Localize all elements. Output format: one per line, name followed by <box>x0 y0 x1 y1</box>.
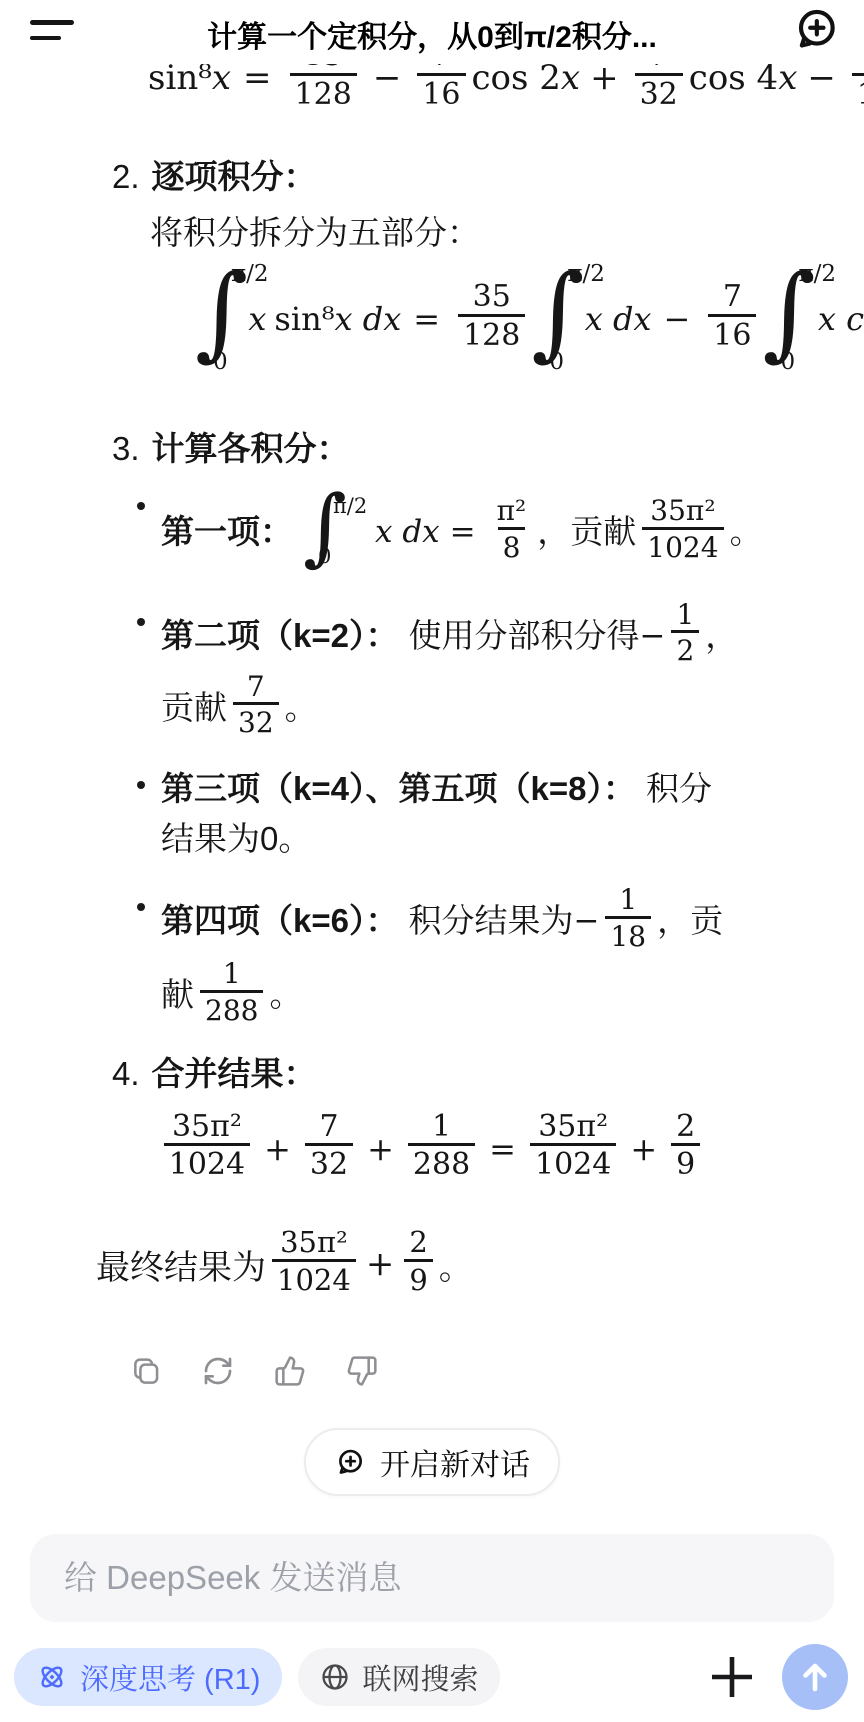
integral-sign: ∫π/20 <box>531 265 576 373</box>
bullet-dot <box>137 618 145 626</box>
bullet-dot <box>137 502 145 510</box>
bullet-list: 第一项： ∫π/20 x dx = π²8 ， 贡献 35π²1024 。 第二… <box>0 486 864 1029</box>
composer: 开启新对话 深度思考 (R1) 联网搜索 <box>0 1428 864 1710</box>
bullet-third-fifth-term: 第三项（k=4）、第五项（k=8）： 积分 结果为0。 <box>135 765 864 863</box>
fraction: 35π²1024 <box>164 1110 250 1182</box>
globe-icon <box>320 1662 350 1692</box>
bullet-second-term: 第二项（k=2）： 使用分部积分得 − 12 ， 贡献 732 。 <box>135 602 864 741</box>
assistant-message: sin⁸ x = 35128 − 716 cos 2 x + 732 cos 4… <box>0 64 864 1387</box>
fraction: 1288 <box>200 958 263 1026</box>
fraction: 732 <box>233 671 279 739</box>
copy-icon[interactable] <box>130 1355 162 1387</box>
deepthink-toggle[interactable]: 深度思考 (R1) <box>14 1648 282 1706</box>
fraction: 35128 <box>290 64 357 111</box>
integral-sign: ∫π/20 <box>762 265 807 373</box>
top-bar: 计算一个定积分，从0到π/2积分... <box>0 0 864 58</box>
fraction: 35128 <box>458 280 525 352</box>
fraction: 732 <box>635 64 683 111</box>
deepthink-label: 深度思考 (R1) <box>80 1657 260 1698</box>
list-item-3-heading: 3. 计算各积分： <box>0 426 864 472</box>
thumbs-up-icon[interactable] <box>274 1355 306 1387</box>
fraction: 29 <box>671 1110 700 1182</box>
bullet-dot <box>137 781 145 789</box>
arrow-up-icon <box>796 1658 834 1696</box>
fraction: 12 <box>671 599 699 667</box>
formula-sin8-expansion: sin⁸ x = 35128 − 716 cos 2 x + 732 cos 4… <box>0 64 864 124</box>
attach-plus-icon[interactable] <box>706 1651 758 1703</box>
list-item-4-heading: 4. 合并结果： <box>0 1051 864 1097</box>
formula-integral-split: ∫π/20 x sin⁸ x dx = 35128 ∫π/20 x dx − 7… <box>0 260 864 378</box>
bullet-fourth-term: 第四项（k=6）： 积分结果为 − 118 ， 贡 献 1288 。 <box>135 887 864 1028</box>
web-search-label: 联网搜索 <box>362 1657 478 1698</box>
message-input-box[interactable] <box>30 1534 834 1622</box>
fraction: π²8 <box>492 495 532 563</box>
send-button[interactable] <box>782 1644 848 1710</box>
fraction: 35π²1024 <box>272 1226 356 1296</box>
fraction: 716 <box>417 64 465 111</box>
fraction: 116 <box>852 64 864 111</box>
web-search-toggle[interactable]: 联网搜索 <box>298 1648 500 1706</box>
new-chat-button[interactable]: 开启新对话 <box>304 1428 560 1496</box>
bullet-dot <box>137 903 145 911</box>
fraction: 1288 <box>408 1110 475 1182</box>
integral-sign: ∫π/20 <box>195 265 240 373</box>
final-result-line: 最终结果为 35π²1024 + 29 。 <box>0 1229 864 1299</box>
bubble-plus-icon <box>334 1446 366 1478</box>
atom-icon <box>36 1661 68 1693</box>
regenerate-icon[interactable] <box>202 1355 234 1387</box>
composer-toolbar: 深度思考 (R1) 联网搜索 <box>14 1644 848 1710</box>
new-chat-bubble-plus-icon[interactable] <box>790 3 842 55</box>
message-input[interactable] <box>62 1558 802 1598</box>
thumbs-down-icon[interactable] <box>346 1355 378 1387</box>
fraction: 35π²1024 <box>530 1110 616 1182</box>
menu-icon[interactable] <box>30 18 76 40</box>
integral-sign: ∫π/20 <box>303 486 369 578</box>
fraction: 35π²1024 <box>642 495 723 563</box>
formula-combine-result: 35π²1024 + 732 + 1288 = 35π²1024 + 29 <box>0 1113 864 1185</box>
paragraph-split-intro: 将积分拆分为五部分： <box>0 210 864 256</box>
fraction: 118 <box>605 884 651 952</box>
message-actions <box>0 1355 864 1387</box>
fraction: 732 <box>305 1110 353 1182</box>
fraction: 716 <box>708 280 756 352</box>
new-chat-label: 开启新对话 <box>380 1440 530 1484</box>
conversation-title: 计算一个定积分，从0到π/2积分... <box>207 12 657 56</box>
list-item-2-heading: 2. 逐项积分： <box>0 154 864 200</box>
fraction: 29 <box>404 1226 432 1296</box>
bullet-first-term: 第一项： ∫π/20 x dx = π²8 ， 贡献 35π²1024 。 <box>135 486 864 578</box>
